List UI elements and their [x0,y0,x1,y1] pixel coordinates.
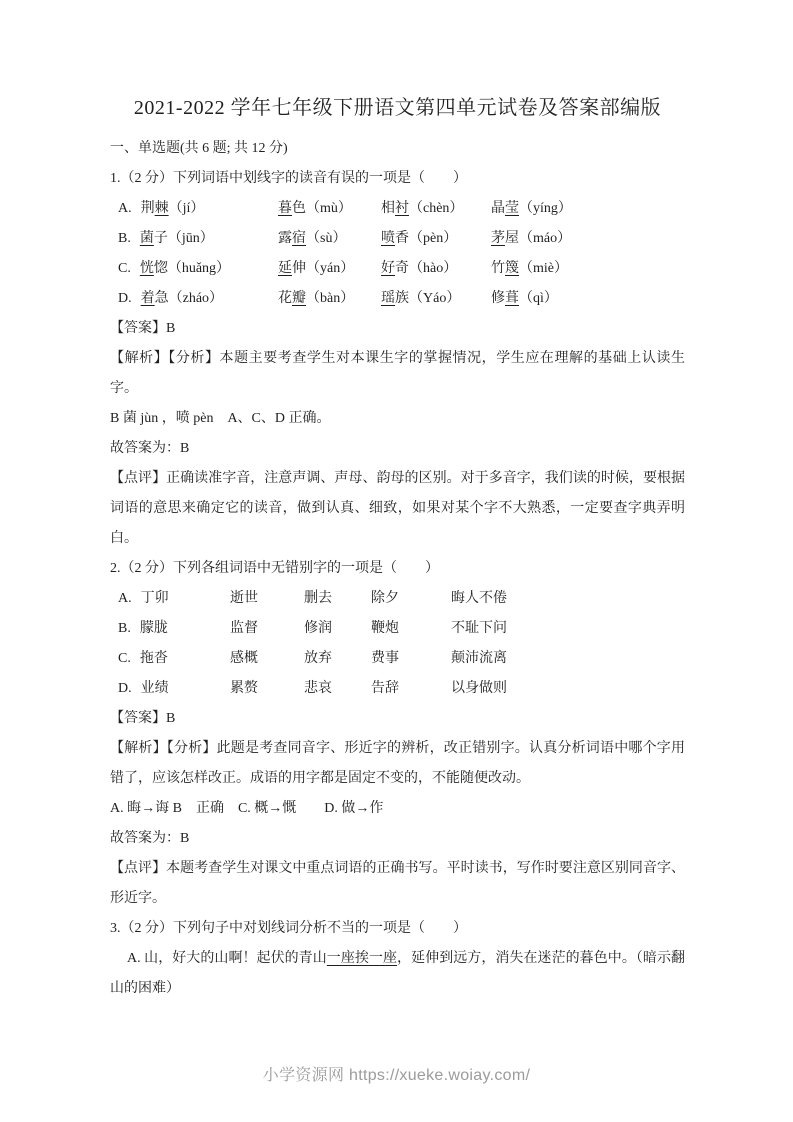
option-cell: 修葺（qì） [491,284,685,314]
q1-options: A.荆棘（jí） 暮色（mù） 相衬（chèn） 晶莹（yíng） B.菌子（j… [118,194,685,314]
option-cell: 监督 [230,614,304,644]
option-cell: A.丁卯 [118,584,230,614]
option-cell: 瑶族（Yáo） [381,284,491,314]
q1-option-row-c: C.恍惚（huǎng） 延伸（yán） 好奇（hào） 竹篾（miè） [118,254,685,284]
option-cell: 花瓣（bàn） [278,284,381,314]
option-cell: 颠沛流离 [451,644,685,674]
option-cell: D.着急（zháo） [118,284,278,314]
option-cell: B.朦胧 [118,614,230,644]
option-cell: 相衬（chèn） [381,194,491,224]
option-cell: 放弃 [304,644,371,674]
option-cell: 露宿（sù） [278,224,381,254]
site-watermark: 小学资源网 https://xueke.woiay.com/ [0,1062,793,1085]
option-cell: C.拖沓 [118,644,230,674]
option-cell: D.业绩 [118,674,230,704]
q1-answer: 【答案】B [110,314,685,344]
q2-answer: 【答案】B [110,704,685,734]
option-cell: 竹篾（miè） [491,254,685,284]
document-title: 2021-2022 学年七年级下册语文第四单元试卷及答案部编版 [110,88,685,128]
section-heading: 一、单选题(共 6 题; 共 12 分) [110,134,685,164]
option-cell: 暮色（mù） [278,194,381,224]
q1-conclusion: 故答案为：B [110,434,685,464]
option-cell: 悲哀 [304,674,371,704]
option-cell: 费事 [371,644,451,674]
q2-analysis: 【解析】【分析】此题是考查同音字、形近字的辨析，改正错别字。认真分析词语中哪个字… [110,734,685,794]
option-cell: 喷香（pèn） [381,224,491,254]
q2-option-row-b: B.朦胧 监督 修润 鞭炮 不耻下问 [118,614,685,644]
option-cell: 不耻下问 [451,614,685,644]
option-cell: B.菌子（jūn） [118,224,278,254]
q2-option-row-c: C.拖沓 感概 放弃 费事 颠沛流离 [118,644,685,674]
option-cell: A.荆棘（jí） [118,194,278,224]
option-cell: 逝世 [230,584,304,614]
q1-stem: 1.（2 分）下列词语中划线字的读音有误的一项是（ ） [110,164,685,194]
option-cell: C.恍惚（huǎng） [118,254,278,284]
option-cell: 感概 [230,644,304,674]
q1-option-row-d: D.着急（zháo） 花瓣（bàn） 瑶族（Yáo） 修葺（qì） [118,284,685,314]
q1-option-row-a: A.荆棘（jí） 暮色（mù） 相衬（chèn） 晶莹（yíng） [118,194,685,224]
q3-stem: 3.（2 分）下列句子中对划线词分析不当的一项是（ ） [110,914,685,944]
q2-option-row-d: D.业绩 累赘 悲哀 告辞 以身做则 [118,674,685,704]
option-cell: 好奇（hào） [381,254,491,284]
q2-options: A.丁卯 逝世 删去 除夕 晦人不倦 B.朦胧 监督 修润 鞭炮 不耻下问 C.… [118,584,685,704]
option-cell: 告辞 [371,674,451,704]
option-cell: 累赘 [230,674,304,704]
q1-comment: 【点评】正确读准字音，注意声调、声母、韵母的区别。对于多音字，我们读的时候，要根… [110,464,685,554]
option-cell: 延伸（yán） [278,254,381,284]
q3-option-a: A. 山，好大的山啊！起伏的青山一座挨一座，延伸到远方，消失在迷茫的暮色中。（暗… [110,944,685,1004]
exam-page: 2021-2022 学年七年级下册语文第四单元试卷及答案部编版 一、单选题(共 … [0,0,793,1004]
q1-analysis-detail: B 菌 jùn ，喷 pèn A、C、D 正确。 [110,404,685,434]
option-cell: 修润 [304,614,371,644]
option-cell: 以身做则 [451,674,685,704]
q2-comment: 【点评】本题考查学生对课文中重点词语的正确书写。平时读书，写作时要注意区别同音字… [110,854,685,914]
option-cell: 删去 [304,584,371,614]
q1-analysis: 【解析】【分析】本题主要考查学生对本课生字的掌握情况，学生应在理解的基础上认读生… [110,344,685,404]
q2-option-row-a: A.丁卯 逝世 删去 除夕 晦人不倦 [118,584,685,614]
q1-option-row-b: B.菌子（jūn） 露宿（sù） 喷香（pèn） 茅屋（máo） [118,224,685,254]
option-cell: 鞭炮 [371,614,451,644]
option-cell: 除夕 [371,584,451,614]
option-cell: 晶莹（yíng） [491,194,685,224]
option-cell: 茅屋（máo） [491,224,685,254]
q2-conclusion: 故答案为：B [110,824,685,854]
q2-analysis-detail: A. 晦→诲 B 正确 C. 概→慨 D. 做→作 [110,794,685,824]
option-cell: 晦人不倦 [451,584,685,614]
q2-stem: 2.（2 分）下列各组词语中无错别字的一项是（ ） [110,554,685,584]
